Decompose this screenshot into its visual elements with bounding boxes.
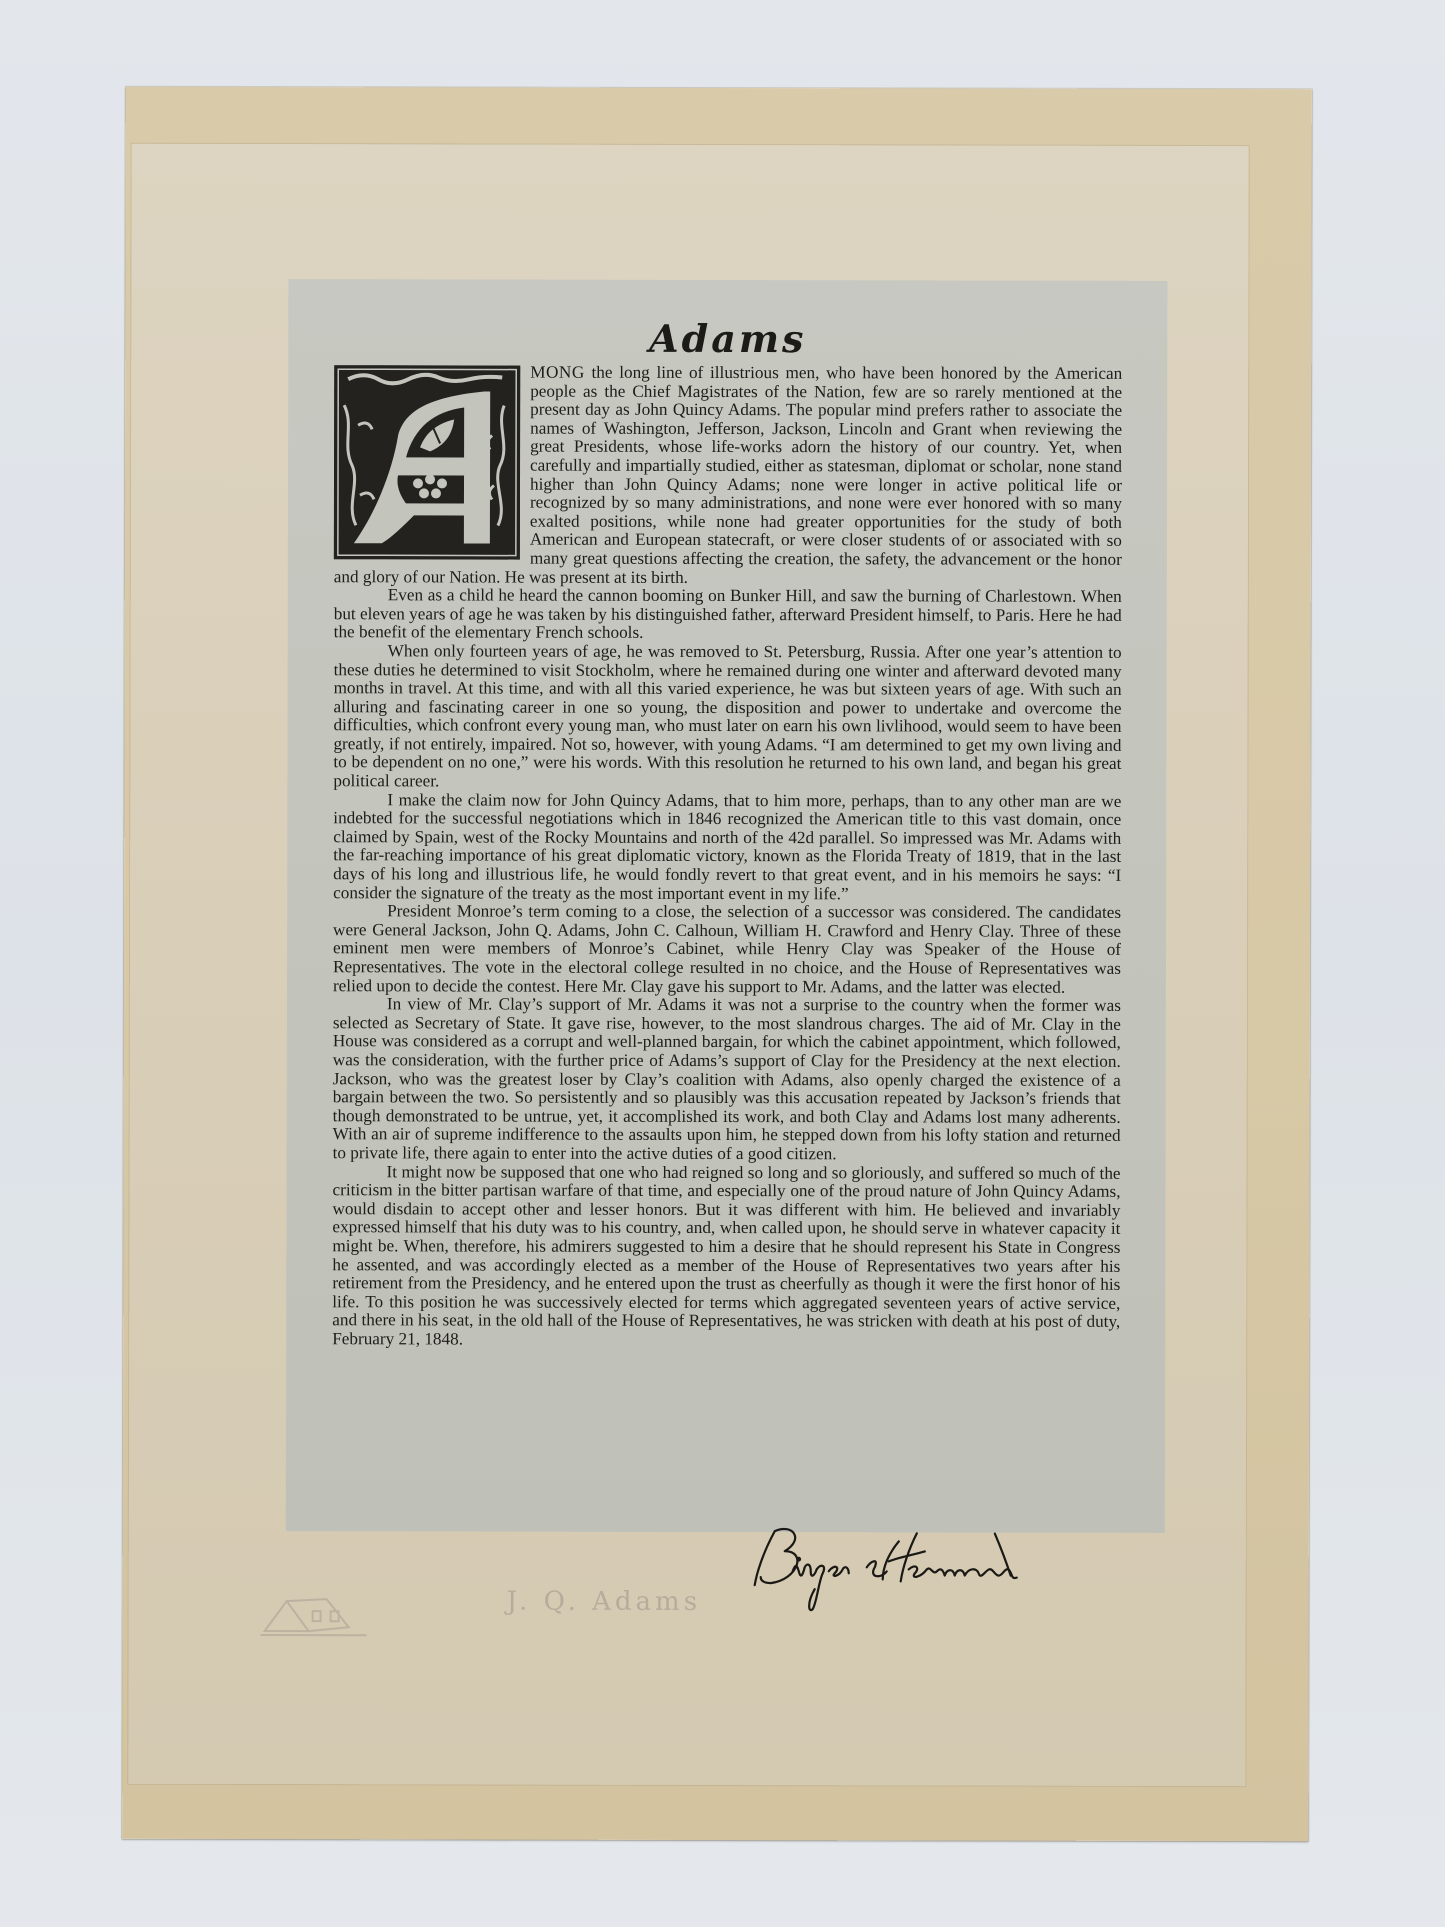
paragraph-5: President Monroe’s term coming to a clos… [333, 902, 1121, 997]
paragraph-7: It might now be supposed that one who ha… [332, 1163, 1120, 1351]
ghost-house-sketch-icon [257, 1581, 377, 1641]
paragraph-4: I make the claim now for John Quincy Ada… [333, 791, 1121, 904]
paragraph-1: MONG the long line of illustrious men, w… [334, 363, 1122, 588]
ghost-caption: J. Q. Adams [507, 1587, 701, 1617]
paragraph-6: In view of Mr. Clay’s support of Mr. Ada… [333, 995, 1121, 1164]
paragraph-3: When only fourteen years of age, he was … [333, 642, 1121, 792]
paragraph-2: Even as a child he heard the cannon boom… [334, 586, 1122, 643]
first-word-rest: MONG [530, 363, 585, 382]
print-block: Adams [286, 279, 1168, 1533]
article-body: MONG the long line of illustrious men, w… [332, 363, 1122, 1350]
handwritten-signature [749, 1523, 1029, 1614]
mounting-card: Adams [122, 87, 1312, 1841]
printed-sheet: Adams [128, 144, 1248, 1786]
page-title: Adams [288, 315, 1167, 362]
illuminated-dropcap-a-icon [334, 365, 520, 559]
